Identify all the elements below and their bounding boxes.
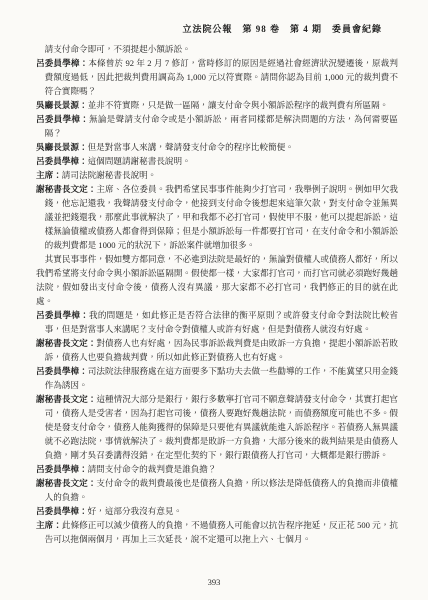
paragraph: 呂委員學樟：我的問題是，如此修正是否符合法律的衡平原則？或許發支付命令對法院比較… [36, 308, 398, 336]
speech-text: 並非不符實際，只是做一區隔，讓支付命令與小額訴訟程序的裁判費有所區隔。 [88, 100, 389, 110]
speech-text: 請問支付命令的裁判費是誰負擔？ [88, 464, 217, 474]
paragraph: 謝秘書長文定：支付命令的裁判費最後也是債務人負擔，所以修法是降低債務人的負擔而非… [36, 476, 398, 504]
paragraph: 請支付命令即可，不須提起小額訴訟。 [36, 42, 398, 56]
speaker-name: 吳廳長景源： [36, 142, 88, 152]
speaker-name: 謝秘書長文定： [36, 478, 96, 488]
speaker-name: 主席： [36, 520, 62, 530]
speaker-name: 呂委員學樟： [36, 366, 88, 376]
speaker-name: 主席： [36, 170, 62, 180]
transcript: 請支付命令即可，不須提起小額訴訟。 呂委員學樟：本條曾於 92 年 2 月 7 … [36, 42, 398, 546]
gazette-page: 立法院公報 第 98 卷 第 4 期 委員會紀錄 請支付命令即可，不須提起小額訴… [0, 0, 428, 600]
speech-text: 好，這部分我沒有意見。 [88, 506, 183, 516]
page-number: 393 [0, 577, 428, 587]
speech-text: 這種情況大部分是銀行，銀行多數寧打官司不願意聲請發支付命令，其實打起官司，債務人… [45, 394, 398, 460]
speech-text: 這個問題請謝秘書長說明。 [88, 156, 191, 166]
speaker-name: 吳廳長景源： [36, 100, 88, 110]
speaker-name: 呂委員學樟： [36, 156, 88, 166]
speech-text: 請支付命令即可，不須提起小額訴訟。 [45, 44, 191, 54]
speech-text: 但是對當事人來講，聲請發支付命令的程序比較簡便。 [88, 142, 294, 152]
paragraph: 呂委員學樟：這個問題請謝秘書長說明。 [36, 154, 398, 168]
speech-text: 主席、各位委員。我們希望民事事件能夠少打官司，我舉例子說明。例如甲欠我錢，他忘記… [45, 184, 398, 250]
speech-text: 本條曾於 92 年 2 月 7 修訂，當時修訂的原因是經過社會經濟狀況變遷後，原… [45, 58, 398, 96]
speech-text: 無論是聲請支付命令或是小額訴訟，兩者同樣都是解決問題的方法，為何需要區隔？ [45, 114, 398, 138]
paragraph: 吳廳長景源：並非不符實際，只是做一區隔，讓支付命令與小額訴訟程序的裁判費有所區隔… [36, 98, 398, 112]
paragraph: 吳廳長景源：但是對當事人來講，聲請發支付命令的程序比較簡便。 [36, 140, 398, 154]
speech-text: 對債務人也有好處，因為民事訴訟裁判費是由敗訴一方負擔，提起小額訴訟若敗訴，債務人… [45, 338, 398, 362]
speaker-name: 呂委員學樟： [36, 506, 88, 516]
speech-text: 我的問題是，如此修正是否符合法律的衡平原則？或許發支付命令對法院比較省事，但是對… [45, 310, 398, 334]
paragraph: 呂委員學樟：司法院法律服務處在這方面要多下點功夫去做一些勸導的工作，不能冀望只用… [36, 364, 398, 392]
paragraph: 謝秘書長文定：對債務人也有好處，因為民事訴訟裁判費是由敗訴一方負擔，提起小額訴訟… [36, 336, 398, 364]
speech-text: 此條修正可以減少債務人的負擔，不過債務人可能會以抗告程序拖延，反正花 500 元… [45, 520, 398, 544]
paragraph: 其實民事事件，假如雙方都同意，不必進到法院是最好的，無論對債權人或債務人都好，所… [36, 252, 398, 308]
speech-text: 支付命令的裁判費最後也是債務人負擔，所以修法是降低債務人的負擔而非債權人的負擔。 [45, 478, 398, 502]
paragraph: 呂委員學樟：本條曾於 92 年 2 月 7 修訂，當時修訂的原因是經過社會經濟狀… [36, 56, 398, 98]
paragraph: 謝秘書長文定：這種情況大部分是銀行，銀行多數寧打官司不願意聲請發支付命令，其實打… [36, 392, 398, 462]
speaker-name: 呂委員學樟： [36, 464, 88, 474]
speech-text: 司法院法律服務處在這方面要多下點功夫去做一些勸導的工作，不能冀望只用金錢作為誘因… [45, 366, 398, 390]
paragraph: 呂委員學樟：無論是聲請支付命令或是小額訴訟，兩者同樣都是解決問題的方法，為何需要… [36, 112, 398, 140]
speaker-name: 呂委員學樟： [36, 58, 88, 68]
page-header: 立法院公報 第 98 卷 第 4 期 委員會紀錄 [36, 22, 398, 35]
speaker-name: 謝秘書長文定： [36, 394, 96, 404]
speech-text: 請司法院謝秘書長說明。 [62, 170, 157, 180]
paragraph: 謝秘書長文定：主席、各位委員。我們希望民事事件能夠少打官司，我舉例子說明。例如甲… [36, 182, 398, 252]
speaker-name: 呂委員學樟： [36, 310, 89, 320]
paragraph: 呂委員學樟：請問支付命令的裁判費是誰負擔？ [36, 462, 398, 476]
speaker-name: 呂委員學樟： [36, 114, 89, 124]
paragraph: 主席：請司法院謝秘書長說明。 [36, 168, 398, 182]
paragraph: 呂委員學樟：好，這部分我沒有意見。 [36, 504, 398, 518]
speaker-name: 謝秘書長文定： [36, 338, 96, 348]
paragraph: 主席：此條修正可以減少債務人的負擔，不過債務人可能會以抗告程序拖延，反正花 50… [36, 518, 398, 546]
speaker-name: 謝秘書長文定： [36, 184, 96, 194]
speech-text: 其實民事事件，假如雙方都同意，不必進到法院是最好的，無論對債權人或債務人都好，所… [36, 254, 398, 306]
